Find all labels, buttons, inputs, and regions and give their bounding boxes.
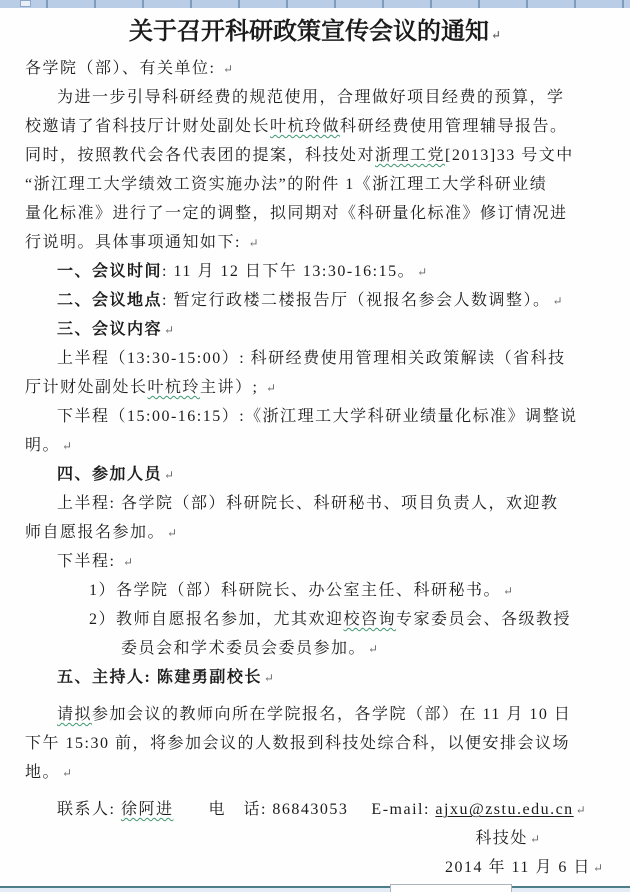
horizontal-scrollbar-thumb[interactable] <box>390 884 512 892</box>
doc-line[interactable]: 一、会议时间: 11 月 12 日下午 13:30-16:15。↵ <box>25 257 605 286</box>
text-segment: 主讲）; <box>200 379 264 396</box>
text-segment: : 暂定行政楼二楼报告厅（视报名参会人数调整）。 <box>162 292 550 309</box>
text-segment: 上半程: 各学院（部）科研院长、科研秘书、项目负责人，欢迎教 <box>57 495 558 512</box>
text-segment: 参加会议的教师向所在学院报名，各学院（部）在 11 月 10 日 <box>92 706 571 723</box>
text-segment: 量化标准》进行了一定的调整，拟同期对《科研量化标准》修订情况进 <box>25 205 568 222</box>
text-segment: 2）教师自愿报名参加，尤其欢迎 <box>89 611 344 628</box>
pilcrow-mark: ↵ <box>552 294 562 308</box>
text-segment: 下午 15:30 前，将参加会议的人数报到科技处综合科，以便安排会议场 <box>25 735 570 752</box>
doc-line[interactable]: 量化标准》进行了一定的调整，拟同期对《科研量化标准》修订情况进 <box>25 199 605 228</box>
text-segment: 委员会和学术委员会委员参加。 <box>121 640 366 657</box>
doc-line[interactable]: 五、主持人: 陈建勇副校长↵ <box>25 663 605 692</box>
doc-line[interactable]: 下半程: ↵ <box>25 547 605 576</box>
document-page[interactable]: 关于召开科研政策宣传会议的通知↵ 各学院（部）、有关单位: ↵为进一步引导科研经… <box>0 8 630 885</box>
doc-line[interactable]: 2014 年 11 月 6 日↵ <box>25 853 605 882</box>
window-bottom-border <box>0 886 630 892</box>
pilcrow-mark: ↵ <box>491 28 501 42</box>
text-segment: 各学院（部）、有关单位: <box>25 60 221 77</box>
text-segment: 行说明。具体事项通知如下: <box>25 234 246 251</box>
doc-line[interactable]: 各学院（部）、有关单位: ↵ <box>25 54 605 83</box>
document-body: 各学院（部）、有关单位: ↵为进一步引导科研经费的规范使用，合理做好项目经费的预… <box>25 54 605 882</box>
doc-line[interactable]: 下半程（15:00-16:15）:《浙江理工大学科研业绩量化标准》调整说 <box>25 402 605 431</box>
doc-line[interactable]: 请拟参加会议的教师向所在学院报名，各学院（部）在 11 月 10 日 <box>25 700 605 729</box>
text-segment: 厅计财处副处长 <box>25 379 148 396</box>
doc-line[interactable]: 1）各学院（部）科研院长、办公室主任、科研秘书。↵ <box>25 576 605 605</box>
text-segment: 四、参加人员 <box>57 466 162 483</box>
pilcrow-mark: ↵ <box>417 265 427 279</box>
text-segment: 地。 <box>25 764 60 781</box>
text-segment: [2013]33 号文中 <box>445 147 574 164</box>
pilcrow-mark: ↵ <box>167 526 177 540</box>
pilcrow-mark: ↵ <box>164 468 174 482</box>
spellcheck-flagged-text: 请拟 <box>57 706 92 723</box>
doc-line[interactable]: 科技处↵ <box>25 824 605 853</box>
doc-line[interactable]: 委员会和学术委员会委员参加。↵ <box>25 634 605 663</box>
pilcrow-mark: ↵ <box>503 584 513 598</box>
pilcrow-mark: ↵ <box>264 671 274 685</box>
spellcheck-flagged-text: 浙理工党 <box>375 147 445 164</box>
text-segment: 一、会议时间 <box>57 263 162 280</box>
doc-line[interactable]: 明。↵ <box>25 431 605 460</box>
text-segment: 科技处 <box>475 830 528 847</box>
word-document-window: 关于召开科研政策宣传会议的通知↵ 各学院（部）、有关单位: ↵为进一步引导科研经… <box>0 0 630 892</box>
text-segment: 电 话: 86843053 E-mail: <box>173 801 435 818</box>
doc-line[interactable]: 校邀请了省科技厅计财处副处长叶杭玲做科研经费使用管理辅导报告。 <box>25 112 605 141</box>
pilcrow-mark: ↵ <box>530 832 540 846</box>
pilcrow-mark: ↵ <box>164 323 174 337</box>
text-segment: 上半程（13:30-15:00）: 科研经费使用管理相关政策解读（省科技 <box>57 350 566 367</box>
pilcrow-mark: ↵ <box>62 439 72 453</box>
text-segment: 联系人: <box>57 801 121 818</box>
text-segment: 为进一步引导科研经费的规范使用，合理做好项目经费的预算，学 <box>57 89 565 106</box>
pilcrow-mark: ↵ <box>266 381 276 395</box>
pilcrow-mark: ↵ <box>123 555 133 569</box>
doc-line[interactable]: 联系人: 徐阿进 电 话: 86843053 E-mail: ajxu@zstu… <box>25 795 605 824</box>
horizontal-ruler[interactable] <box>0 0 630 8</box>
doc-line[interactable]: 三、会议内容↵ <box>25 315 605 344</box>
text-segment: 三、会议内容 <box>57 321 162 338</box>
pilcrow-mark: ↵ <box>576 803 586 817</box>
doc-line[interactable]: 同时，按照教代会各代表团的提案，科技处对浙理工党[2013]33 号文中 <box>25 141 605 170</box>
doc-line[interactable]: 四、参加人员↵ <box>25 460 605 489</box>
doc-line[interactable]: 为进一步引导科研经费的规范使用，合理做好项目经费的预算，学 <box>25 83 605 112</box>
text-segment: 同时，按照教代会各代表团的提案，科技处对 <box>25 147 375 164</box>
pilcrow-mark: ↵ <box>248 236 258 250</box>
spellcheck-flagged-text: 徐阿进 <box>121 801 174 818</box>
text-segment: : 11 月 12 日下午 13:30-16:15。 <box>162 263 415 280</box>
text-segment: 校邀请了省科技厅计财处副处长 <box>25 118 270 135</box>
doc-line[interactable]: 二、会议地点: 暂定行政楼二楼报告厅（视报名参会人数调整）。↵ <box>25 286 605 315</box>
text-segment: 下半程: <box>57 553 121 570</box>
spellcheck-flagged-text: 叶杭玲做 <box>270 118 340 135</box>
doc-line[interactable]: 上半程（13:30-15:00）: 科研经费使用管理相关政策解读（省科技 <box>25 344 605 373</box>
text-segment: 科研经费使用管理辅导报告。 <box>340 118 568 135</box>
text-segment: 二、会议地点 <box>57 292 162 309</box>
doc-line[interactable]: 上半程: 各学院（部）科研院长、科研秘书、项目负责人，欢迎教 <box>25 489 605 518</box>
text-segment: “浙江理工大学绩效工资实施办法”的附件 1《浙江理工大学科研业绩 <box>25 176 547 193</box>
pilcrow-mark: ↵ <box>593 861 603 875</box>
doc-line[interactable]: 师自愿报名参加。↵ <box>25 518 605 547</box>
tab-stop-selector-icon[interactable] <box>20 0 31 7</box>
doc-line[interactable]: 2）教师自愿报名参加，尤其欢迎校咨询专家委员会、各级教授 <box>25 605 605 634</box>
doc-line[interactable]: “浙江理工大学绩效工资实施办法”的附件 1《浙江理工大学科研业绩 <box>25 170 605 199</box>
text-segment: 五、主持人: 陈建勇副校长 <box>57 669 262 686</box>
text-segment: 专家委员会、各级教授 <box>396 611 571 628</box>
doc-line[interactable]: 行说明。具体事项通知如下: ↵ <box>25 228 605 257</box>
text-segment: 2014 年 11 月 6 日 <box>445 859 591 876</box>
spellcheck-flagged-text: 叶杭玲 <box>148 379 201 396</box>
spellcheck-flagged-text: 校咨询 <box>344 611 397 628</box>
pilcrow-mark: ↵ <box>368 642 378 656</box>
email-link[interactable]: ajxu@zstu.edu.cn <box>435 801 573 818</box>
text-segment: 师自愿报名参加。 <box>25 524 165 541</box>
pilcrow-mark: ↵ <box>62 766 72 780</box>
pilcrow-mark: ↵ <box>223 62 233 76</box>
document-title: 关于召开科研政策宣传会议的通知↵ <box>25 15 605 49</box>
text-segment: 1）各学院（部）科研院长、办公室主任、科研秘书。 <box>89 582 501 599</box>
doc-line[interactable]: 厅计财处副处长叶杭玲主讲）; ↵ <box>25 373 605 402</box>
doc-line[interactable]: 地。↵ <box>25 758 605 787</box>
text-segment: 明。 <box>25 437 60 454</box>
title-text: 关于召开科研政策宣传会议的通知 <box>129 19 489 45</box>
text-segment: 下半程（15:00-16:15）:《浙江理工大学科研业绩量化标准》调整说 <box>57 408 578 425</box>
doc-line[interactable]: 下午 15:30 前，将参加会议的人数报到科技处综合科，以便安排会议场 <box>25 729 605 758</box>
